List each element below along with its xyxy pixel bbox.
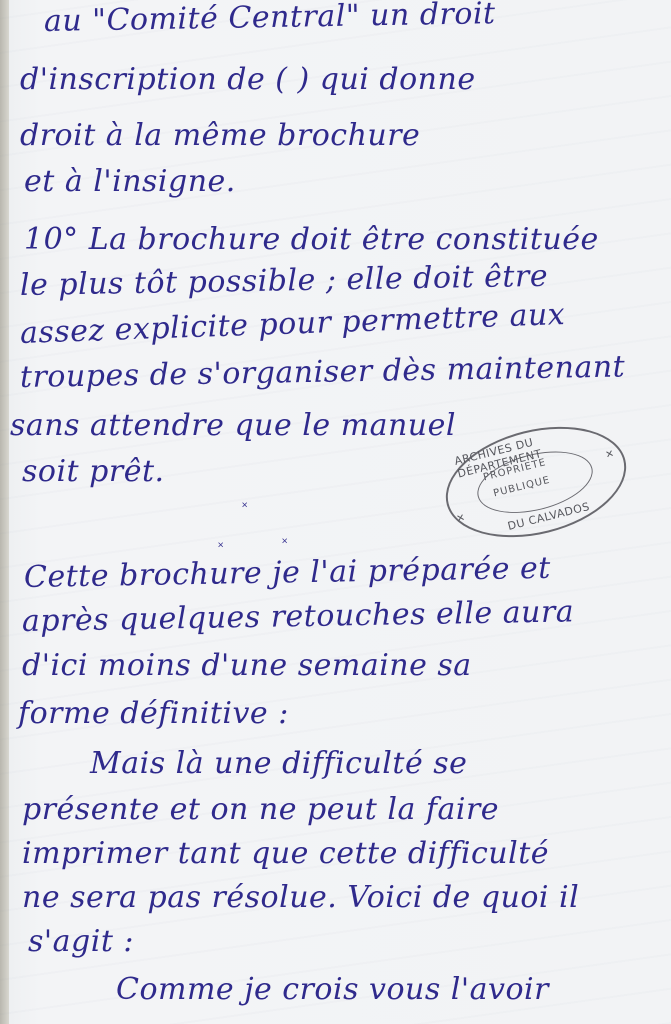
text-line-5: 10° La brochure doit être constituée xyxy=(24,222,599,257)
stamp-star-icon: ✕ xyxy=(604,448,615,461)
text-line-3: droit à la même brochure xyxy=(20,118,420,153)
text-line-17: imprimer tant que cette difficulté xyxy=(22,836,549,871)
text-line-13: d'ici moins d'une semaine sa xyxy=(22,648,472,683)
stamp-star-icon: ✕ xyxy=(455,512,466,525)
separator-mark: ˟ xyxy=(282,536,287,553)
separator-mark: ˟ xyxy=(218,540,223,557)
separator-mark: ˟ xyxy=(242,500,247,517)
text-line-10: soit prêt. xyxy=(22,454,165,489)
text-line-20: Comme je crois vous l'avoir xyxy=(116,972,549,1007)
text-line-18: ne sera pas résolue. Voici de quoi il xyxy=(22,880,579,915)
manuscript-page: au "Comité Central" un droit d'inscripti… xyxy=(0,0,671,1024)
text-line-4: et à l'insigne. xyxy=(24,164,236,199)
text-line-13-content: d'ici moins d'une semaine sa xyxy=(22,648,472,683)
text-line-14: forme définitive : xyxy=(18,696,289,731)
text-line-9: sans attendre que le manuel xyxy=(10,408,456,443)
text-line-16: présente et on ne peut la faire xyxy=(22,792,499,827)
text-line-2: d'inscription de ( ) qui donne xyxy=(20,62,476,97)
text-line-19: s'agit : xyxy=(28,924,134,959)
text-line-15: Mais là une difficulté se xyxy=(90,746,467,781)
